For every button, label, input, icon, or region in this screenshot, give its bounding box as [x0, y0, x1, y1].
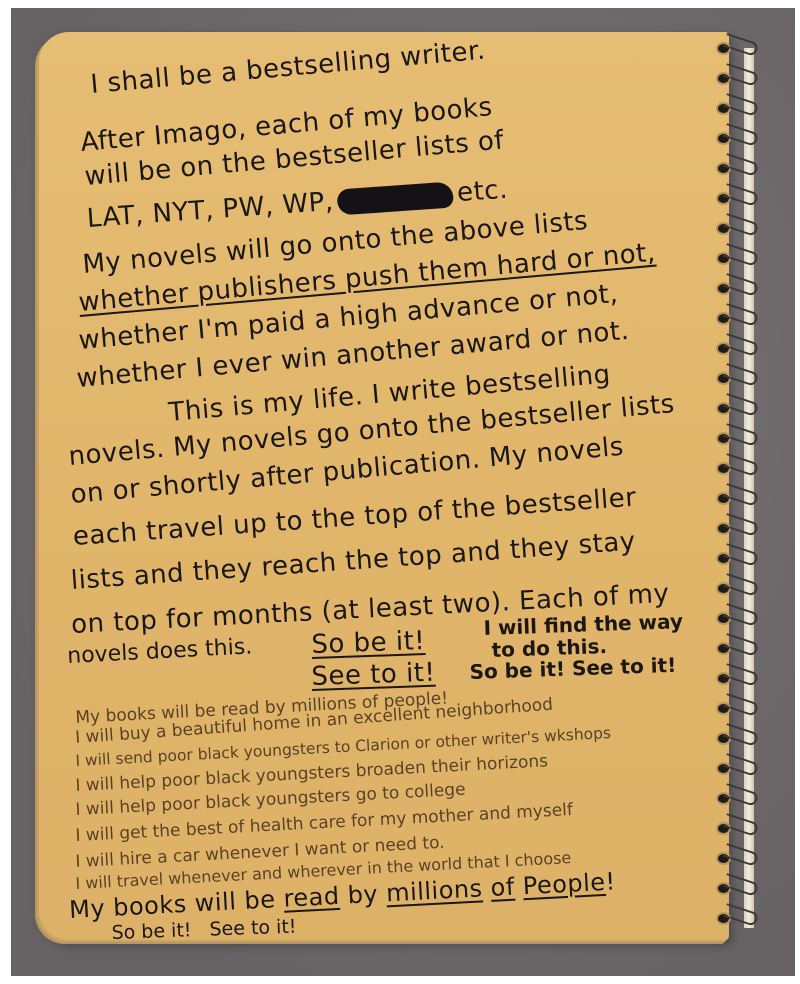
spiral-ring	[723, 123, 760, 147]
spiral-binding	[708, 36, 778, 946]
spiral-ring	[723, 273, 760, 297]
spiral-ring	[723, 873, 760, 897]
so-be-it-text: So be it!	[311, 626, 426, 660]
spiral-ring	[723, 543, 760, 567]
see-to-it-text: See to it!	[311, 658, 436, 692]
spiral-ring	[723, 603, 760, 627]
underlined-of: of	[490, 873, 516, 902]
spiral-ring	[723, 843, 760, 867]
spiral-ring	[723, 753, 760, 777]
spiral-ring	[723, 93, 760, 117]
spiral-ring	[723, 183, 760, 207]
spiral-ring	[723, 213, 760, 237]
spiral-ring	[723, 693, 760, 717]
spiral-ring	[723, 903, 760, 927]
spiral-ring	[723, 483, 760, 507]
spiral-ring	[723, 363, 760, 387]
spiral-ring	[723, 423, 760, 447]
spiral-ring	[723, 393, 760, 417]
etc-text: etc.	[456, 175, 509, 208]
spiral-ring	[723, 663, 760, 687]
spiral-ring	[723, 333, 760, 357]
underlined-read: read	[283, 882, 340, 913]
spiral-ring	[723, 723, 760, 747]
spiral-ring	[723, 63, 760, 87]
underlined-people: People	[522, 868, 606, 900]
spiral-ring	[723, 243, 760, 267]
underlined-millions: millions	[385, 874, 483, 907]
spiral-ring	[723, 153, 760, 177]
closing-exclamation: !	[605, 867, 617, 895]
closing-by: by	[347, 880, 379, 910]
spiral-ring	[723, 573, 760, 597]
spiral-ring	[723, 813, 760, 837]
spiral-ring	[723, 513, 760, 537]
spiral-ring	[723, 783, 760, 807]
spiral-ring	[723, 453, 760, 477]
spiral-ring	[723, 303, 760, 327]
spiral-ring	[723, 633, 760, 657]
spiral-ring	[723, 33, 760, 57]
